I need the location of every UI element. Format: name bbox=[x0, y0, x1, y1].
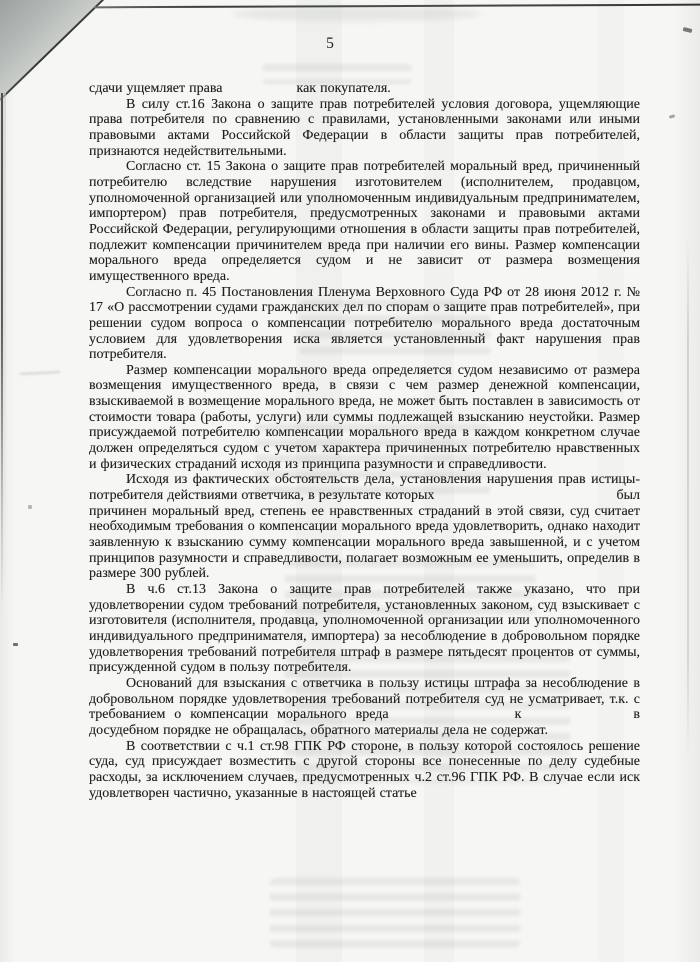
paragraph-law-art13: В ч.6 ст.13 Закона о защите прав потреби… bbox=[89, 582, 640, 676]
document-text: сдачи ущемляет правакак покупателя. В си… bbox=[89, 81, 640, 801]
scan-speck bbox=[28, 505, 32, 509]
scan-right-edge-line bbox=[687, 238, 689, 758]
redaction-gap bbox=[521, 717, 633, 718]
paragraph-gpk-art98: В соответствии с ч.1 ст.98 ГПК РФ сторон… bbox=[89, 739, 640, 802]
scan-top-smudge bbox=[232, 7, 482, 21]
scan-speck bbox=[13, 643, 18, 646]
paragraph-compensation-amount: Размер компенсации морального вреда опре… bbox=[89, 363, 640, 473]
text-segment: Оснований для взыскания с ответчика в по… bbox=[89, 676, 640, 722]
scan-left-edge-line bbox=[1, 93, 3, 613]
text-segment: сдачи ущемляет права bbox=[89, 81, 222, 96]
paragraph-law-art16: В силу ст.16 Закона о защите прав потреб… bbox=[89, 97, 640, 160]
scan-pencil-mark bbox=[20, 371, 60, 375]
paragraph-court-conclusion: Исходя из фактических обстоятельств дела… bbox=[89, 472, 640, 582]
scan-speck bbox=[683, 27, 693, 33]
paragraph-continuation: сдачи ущемляет правакак покупателя. bbox=[89, 81, 640, 97]
scan-speck bbox=[669, 114, 676, 119]
bleed-through-spot bbox=[270, 878, 520, 948]
redaction-gap bbox=[434, 498, 612, 499]
paragraph-law-art15: Согласно ст. 15 Закона о защите прав пот… bbox=[89, 159, 640, 284]
paragraph-fine-refusal: Оснований для взыскания с ответчика в по… bbox=[89, 676, 640, 739]
scanned-court-document-page: 5 сдачи ущемляет правакак покупателя. В … bbox=[0, 0, 700, 962]
text-segment: к bbox=[515, 707, 522, 722]
paragraph-plenum-p45: Согласно п. 45 Постановления Пленума Вер… bbox=[89, 285, 640, 363]
text-segment: как покупателя. bbox=[296, 81, 390, 96]
redaction-gap bbox=[389, 717, 515, 718]
page-number: 5 bbox=[318, 35, 342, 53]
redaction-gap bbox=[222, 91, 296, 92]
